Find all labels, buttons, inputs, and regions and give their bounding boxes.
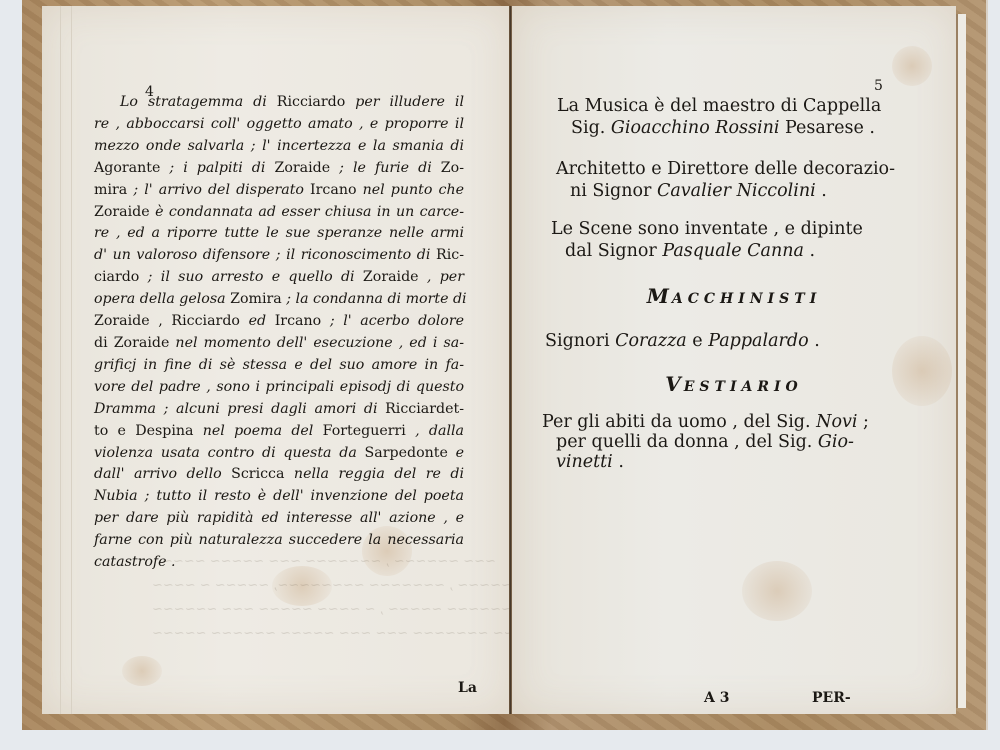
costumes-line-1: Per gli abiti da uomo , del Sig. Novi ;	[542, 412, 942, 432]
costumes-suffix-3: .	[613, 452, 624, 472]
text-segment: grificj in fine di sè stessa e del suo a…	[94, 357, 464, 373]
proper-name: ciardo	[94, 269, 139, 285]
text-segment: per illudere il	[345, 94, 464, 110]
foxing-stain	[892, 46, 932, 86]
heading-initial: M	[647, 284, 672, 308]
text-line: di Zoraide nel momento dell' esecuzione …	[94, 333, 464, 355]
proper-name: Agorante	[94, 160, 160, 176]
music-suffix: Pesarese .	[779, 118, 875, 138]
proper-name: Sarpedonte	[365, 445, 448, 461]
text-segment: ; il suo arresto e quello di	[139, 269, 363, 285]
bleed-through-text: ~~~~~~ , ~~~~~~~ ~~~~~~~~, ~~~~~ ~ ~~~~	[152, 578, 523, 593]
proper-name: mira	[94, 182, 127, 198]
proper-name: Scricca	[231, 466, 284, 482]
text-segment: d' un valoroso difensore ; il riconoscim…	[94, 247, 436, 263]
signature-mark: A 3	[704, 690, 729, 706]
machinist-name-1: Corazza	[615, 331, 687, 351]
music-line-2: Sig. Gioacchino Rossini Pesarese .	[557, 117, 957, 139]
text-line: per dare più rapidità ed interesse all' …	[94, 508, 464, 530]
text-line: opera della gelosa Zomira ; la condanna …	[94, 289, 464, 311]
text-segment: ; i palpiti di	[160, 160, 274, 176]
architect-suffix: .	[816, 181, 827, 201]
scene-painter-name: Pasquale Canna	[662, 241, 804, 261]
text-segment: ; l' acerbo dolore	[321, 313, 464, 329]
text-segment: nel momento dell' esecuzione , ed i sa-	[169, 335, 464, 351]
left-flyleaf	[60, 6, 72, 714]
architect-credit: Architetto e Direttore delle decorazio- …	[556, 158, 956, 202]
text-segment: opera della gelosa	[94, 291, 230, 307]
text-segment: ; l' arrivo del disperato	[127, 182, 310, 198]
text-line: Zoraide , Ricciardo ed Ircano ; l' acerb…	[94, 311, 464, 333]
costumes-heading: VESTIARIO	[512, 372, 956, 396]
text-line: vore del padre , sono i principali episo…	[94, 377, 464, 399]
architect-line-2: ni Signor Cavalier Niccolini .	[556, 180, 956, 202]
foxing-stain	[122, 656, 162, 686]
costumes-line-2: per quelli da donna , del Sig. Gio-	[542, 432, 942, 452]
architect-prefix: ni Signor	[570, 181, 657, 201]
costumer-name-1: Novi	[816, 412, 857, 432]
costumes-prefix-1: Per gli abiti da uomo , del Sig.	[542, 412, 816, 432]
text-line: Nubia ; tutto il resto è dell' invenzion…	[94, 486, 464, 508]
text-segment: , dalla	[406, 423, 464, 439]
text-segment: re , abboccarsi coll' oggetto amato , e …	[94, 116, 464, 132]
text-segment: Dramma ; alcuni presi dagli amori di	[94, 401, 385, 417]
text-line: farne con più naturalezza succedere la n…	[94, 530, 464, 552]
proper-name: Forteguerri	[323, 423, 406, 439]
music-credit: La Musica è del maestro di Cappella Sig.…	[557, 95, 957, 139]
scenes-credit: Le Scene sono inventate , e dipinte dal …	[551, 218, 951, 262]
text-line: grificj in fine di sè stessa e del suo a…	[94, 355, 464, 377]
text-segment: dall' arrivo dello	[94, 466, 231, 482]
text-line: to e Despina nel poema del Forteguerri ,…	[94, 421, 464, 443]
bleed-through-text: ~~~~~~ ~~~~~ , ~ ~~~~ ~~~~~ ~~~ ~~~~~~	[152, 602, 512, 617]
scenes-prefix: dal Signor	[565, 241, 662, 261]
text-segment: violenza usata contro di questa da	[94, 445, 365, 461]
text-segment: , per	[419, 269, 464, 285]
scenes-line-1: Le Scene sono inventate , e dipinte	[551, 218, 951, 240]
proper-name: Zoraide	[94, 204, 150, 220]
left-page-body: Lo stratagemma di Ricciardo per illudere…	[94, 92, 464, 574]
text-segment: nel poema del	[193, 423, 322, 439]
text-segment: mezzo onde salvarla ; l' incertezza e la…	[94, 138, 464, 154]
proper-name: Zo-	[441, 160, 464, 176]
text-line: Lo stratagemma di Ricciardo per illudere…	[94, 92, 464, 114]
book-gutter	[509, 6, 512, 714]
text-line: re , abboccarsi coll' oggetto amato , e …	[94, 114, 464, 136]
text-segment: Nubia ; tutto il resto è dell' invenzion…	[94, 488, 464, 504]
text-segment: re , ed a riporre tutte le sue speranze …	[94, 225, 464, 241]
right-flyleaf	[956, 14, 966, 708]
text-segment: nel punto che	[357, 182, 464, 198]
costumer-name-2-part-2: vinetti	[556, 452, 613, 472]
text-segment: vore del padre , sono i principali episo…	[94, 379, 464, 395]
music-prefix: Sig.	[571, 118, 611, 138]
proper-name: Zoraide	[274, 160, 330, 176]
composer-name: Gioacchino Rossini	[611, 118, 780, 138]
proper-name: Zomira	[230, 291, 282, 307]
machinists-conjunction: e	[687, 331, 708, 351]
machinists-credit: Signori Corazza e Pappalardo .	[545, 330, 945, 352]
text-line: mezzo onde salvarla ; l' incertezza e la…	[94, 136, 464, 158]
text-line: Agorante ; i palpiti di Zoraide ; le fur…	[94, 158, 464, 180]
proper-name: di Zoraide	[94, 335, 169, 351]
text-segment: nella reggia del re di	[284, 466, 464, 482]
text-line: re , ed a riporre tutte le sue speranze …	[94, 223, 464, 245]
proper-name: Ircano	[310, 182, 356, 198]
proper-name: to e Despina	[94, 423, 193, 439]
text-segment: ed	[240, 313, 275, 329]
architect-line-1: Architetto e Direttore delle decorazio-	[556, 158, 956, 180]
proper-name: Zoraide	[363, 269, 419, 285]
costumer-name-2-part-1: Gio-	[818, 432, 854, 452]
text-segment: e	[448, 445, 464, 461]
heading-rest: ESTIARIO	[684, 379, 803, 395]
text-line: d' un valoroso difensore ; il riconoscim…	[94, 245, 464, 267]
text-line: catastrofe .	[94, 552, 464, 574]
text-segment: ; la condanna di morte di	[282, 291, 467, 307]
proper-name: Ricciardo	[277, 94, 346, 110]
text-segment: Lo stratagemma di	[120, 94, 277, 110]
proper-name: Ric-	[436, 247, 464, 263]
text-segment: farne con più naturalezza succedere la n…	[94, 532, 464, 548]
architect-name: Cavalier Niccolini	[657, 181, 816, 201]
text-line: Zoraide è condannata ad esser chiusa in …	[94, 202, 464, 224]
costumes-prefix-2: per quelli da donna , del Sig.	[556, 432, 818, 452]
costumes-suffix-1: ;	[857, 412, 868, 432]
text-line: ciardo ; il suo arresto e quello di Zora…	[94, 267, 464, 289]
machinists-heading: MACCHINISTI	[512, 284, 956, 308]
bleed-through-text: ~~~~ ~~~~~~~ ~~~ ~~~ ~~~~~ ~~~~~~ ~~~~~	[152, 626, 536, 641]
heading-initial: V	[665, 372, 684, 396]
machinists-line: Signori Corazza e Pappalardo .	[545, 330, 945, 352]
costumes-credit: Per gli abiti da uomo , del Sig. Novi ; …	[542, 412, 942, 472]
costumes-line-3: vinetti .	[542, 452, 942, 472]
text-segment: ; le furie di	[330, 160, 441, 176]
text-line: dall' arrivo dello Scricca nella reggia …	[94, 464, 464, 486]
right-catchword: PER-	[812, 690, 851, 706]
scenes-suffix: .	[804, 241, 815, 261]
text-segment: per dare più rapidità ed interesse all' …	[94, 510, 464, 526]
proper-name: Zoraide , Ricciardo	[94, 313, 240, 329]
music-line-1: La Musica è del maestro di Cappella	[557, 95, 957, 117]
text-line: Dramma ; alcuni presi dagli amori di Ric…	[94, 399, 464, 421]
text-line: mira ; l' arrivo del disperato Ircano ne…	[94, 180, 464, 202]
right-page-number: 5	[874, 78, 883, 94]
scenes-line-2: dal Signor Pasquale Canna .	[551, 240, 951, 262]
machinists-prefix: Signori	[545, 331, 615, 351]
text-segment: è condannata ad esser chiusa in un carce…	[150, 204, 464, 220]
text-line: violenza usata contro di questa da Sarpe…	[94, 443, 464, 465]
proper-name: Ircano	[275, 313, 321, 329]
heading-rest: ACCHINISTI	[672, 291, 821, 307]
machinist-name-2: Pappalardo	[708, 331, 808, 351]
text-segment: catastrofe .	[94, 554, 176, 570]
machinists-suffix: .	[809, 331, 820, 351]
foxing-stain	[742, 561, 812, 621]
proper-name: Ricciardet-	[385, 401, 464, 417]
left-catchword: La	[458, 680, 477, 696]
